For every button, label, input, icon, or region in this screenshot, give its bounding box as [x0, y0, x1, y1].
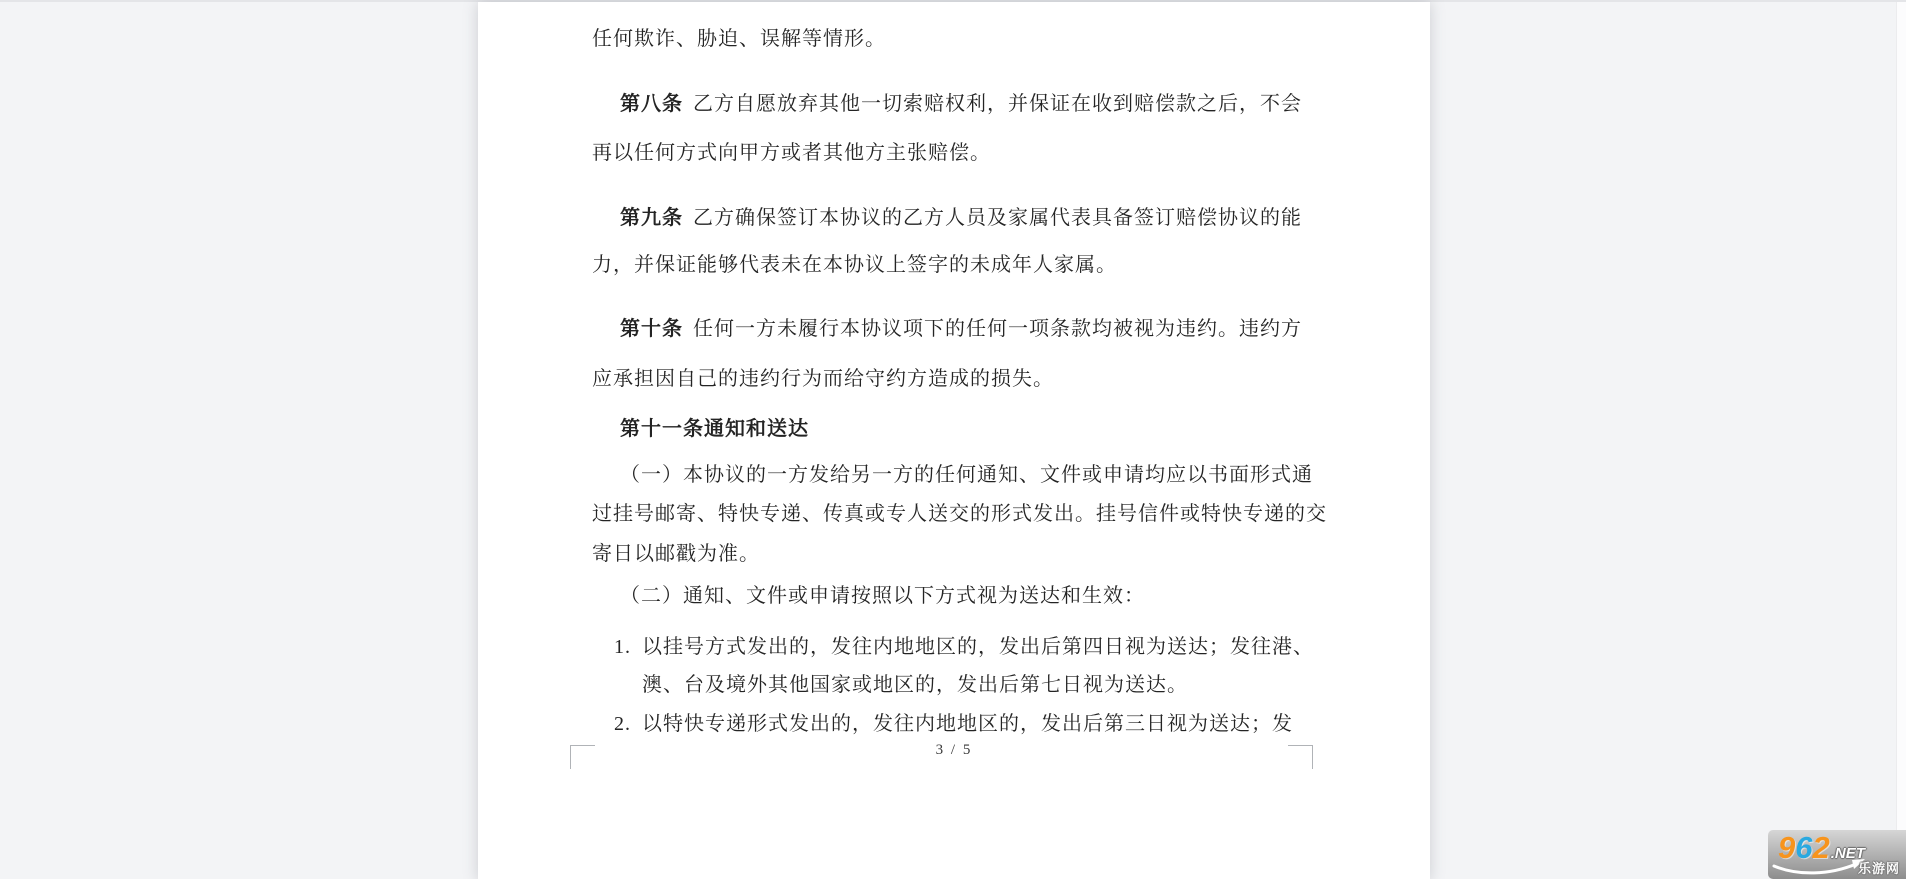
clause-title: 第九条 — [620, 207, 683, 229]
doc-text: 力，并保证能够代表未在本协议上签字的未成年人家属。 — [592, 254, 1117, 276]
clause-title: 第八条 — [620, 93, 683, 115]
doc-text: 乙方确保签订本协议的乙方人员及家属代表具备签订赔偿协议的能 — [693, 207, 1302, 229]
doc-text: 以挂号方式发出的，发往内地地区的，发出后第四日视为送达；发往港、 — [642, 636, 1314, 658]
clause-title: 第十条 — [620, 318, 683, 340]
doc-text: 寄日以邮戳为准。 — [592, 543, 760, 565]
doc-text: （二）通知、文件或申请按照以下方式视为送达和生效： — [620, 585, 1145, 607]
doc-text: 乙方自愿放弃其他一切索赔权利，并保证在收到赔偿款之后，不会 — [693, 93, 1302, 115]
doc-text: 过挂号邮寄、特快专递、传真或专人送交的形式发出。挂号信件或特快专递的交 — [592, 503, 1327, 525]
list-number: 2. — [614, 704, 642, 744]
clause-title: 第十一条通知和送达 — [620, 418, 809, 440]
doc-line: 任何欺诈、胁迫、误解等情形。 — [592, 16, 1304, 62]
doc-text: 应承担因自己的违约行为而给守约方造成的损失。 — [592, 368, 1054, 390]
doc-line-clause-9: 第九条乙方确保签订本协议的乙方人员及家属代表具备签订赔偿协议的能 — [592, 195, 1304, 241]
watermark-962net-logo: 962.NET 乐游网 — [1768, 830, 1906, 879]
document-content: 任何欺诈、胁迫、误解等情形。 第八条乙方自愿放弃其他一切索赔权利，并保证在收到赔… — [592, 2, 1304, 744]
document-page: 任何欺诈、胁迫、误解等情形。 第八条乙方自愿放弃其他一切索赔权利，并保证在收到赔… — [478, 2, 1430, 879]
doc-line: 寄日以邮戳为准。 — [592, 534, 1304, 574]
doc-list-item-2: 2.以特快专递形式发出的，发往内地地区的，发出后第三日视为送达；发 — [592, 704, 1304, 744]
doc-line: 再以任何方式向甲方或者其他方主张赔偿。 — [592, 130, 1304, 176]
doc-text: 任何一方未履行本协议项下的任何一项条款均被视为违约。违约方 — [693, 318, 1302, 340]
page-number: 3 / 5 — [478, 742, 1430, 759]
doc-text: （一）本协议的一方发给另一方的任何通知、文件或申请均应以书面形式通 — [620, 464, 1313, 486]
doc-line: 澳、台及境外其他国家或地区的，发出后第七日视为送达。 — [592, 667, 1304, 703]
app-canvas: 任何欺诈、胁迫、误解等情形。 第八条乙方自愿放弃其他一切索赔权利，并保证在收到赔… — [0, 0, 1906, 879]
doc-line-clause-8: 第八条乙方自愿放弃其他一切索赔权利，并保证在收到赔偿款之后，不会 — [592, 81, 1304, 127]
logo-digit-2: 2 — [1813, 830, 1830, 865]
doc-line-clause-11-heading: 第十一条通知和送达 — [592, 406, 1304, 452]
doc-line: 过挂号邮寄、特快专递、传真或专人送交的形式发出。挂号信件或特快专递的交 — [592, 495, 1304, 534]
logo-text-row: 962.NET — [1778, 832, 1865, 863]
doc-line-clause-10: 第十条任何一方未履行本协议项下的任何一项条款均被视为违约。违约方 — [592, 306, 1304, 352]
logo-site-name: 乐游网 — [1858, 858, 1900, 877]
doc-line: 应承担因自己的违约行为而给守约方造成的损失。 — [592, 356, 1304, 402]
doc-line: （二）通知、文件或申请按照以下方式视为送达和生效： — [592, 576, 1304, 616]
logo-digit-6: 6 — [1795, 830, 1812, 865]
doc-text: 再以任何方式向甲方或者其他方主张赔偿。 — [592, 142, 991, 164]
doc-text: 以特快专递形式发出的，发往内地地区的，发出后第三日视为送达；发 — [642, 713, 1293, 735]
vertical-scrollbar[interactable] — [1896, 2, 1906, 879]
doc-text: 澳、台及境外其他国家或地区的，发出后第七日视为送达。 — [642, 674, 1188, 696]
logo-digit-9: 9 — [1778, 830, 1795, 865]
doc-text: 任何欺诈、胁迫、误解等情形。 — [592, 28, 886, 50]
doc-list-item-1: 1.以挂号方式发出的，发往内地地区的，发出后第四日视为送达；发往港、 — [592, 627, 1304, 667]
list-number: 1. — [614, 627, 642, 667]
doc-line: （一）本协议的一方发给另一方的任何通知、文件或申请均应以书面形式通 — [592, 455, 1304, 495]
doc-line: 力，并保证能够代表未在本协议上签字的未成年人家属。 — [592, 242, 1304, 288]
